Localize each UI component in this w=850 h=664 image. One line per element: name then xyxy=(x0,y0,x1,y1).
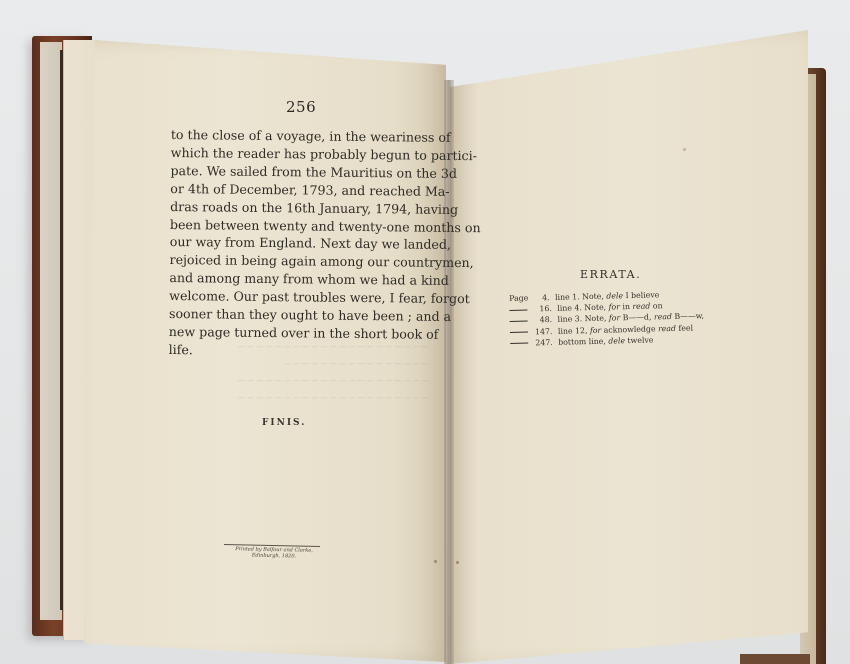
foxing-spot xyxy=(434,560,437,563)
text-line: pate. We sailed from the Mauritius on th… xyxy=(170,162,416,182)
errata-page: 48. xyxy=(532,314,552,326)
page-label: Page xyxy=(509,292,533,304)
errata-instruction: read xyxy=(654,312,672,321)
ditto-dash xyxy=(510,332,528,333)
errata-text: B——w, xyxy=(674,312,704,322)
errata-instruction: read xyxy=(632,302,650,311)
text-line: which the reader has probably begun to p… xyxy=(171,144,417,164)
photo-background: 256 to the close of a voyage, in the wea… xyxy=(0,0,850,664)
errata-instruction: for xyxy=(590,325,602,334)
imprint-line-2: Edinburgh, 1820. xyxy=(252,553,297,560)
errata-location: line 4. Note, xyxy=(557,303,606,313)
errata-text: B——d, xyxy=(623,313,652,323)
text-line: new page turned over in the short book o… xyxy=(169,323,415,343)
errata-text: acknowledge xyxy=(604,324,656,334)
errata-instruction: dele xyxy=(608,336,625,345)
right-cover-bottom-edge xyxy=(740,654,810,664)
errata-list: Page 4. line 1. Note, dele I believe 16.… xyxy=(509,288,705,349)
finis-mark: FINIS. xyxy=(262,418,306,428)
foxing-spot xyxy=(456,561,459,564)
errata-instruction: for xyxy=(609,314,621,323)
ditto-dash xyxy=(509,309,527,310)
errata-page: 247. xyxy=(533,337,553,349)
errata-text: in xyxy=(622,302,630,311)
errata-text: I believe xyxy=(625,290,659,300)
errata-location: line 12, xyxy=(558,326,588,336)
errata-page: 4. xyxy=(535,292,549,304)
foxing-spot xyxy=(683,148,686,151)
page-number: 256 xyxy=(286,98,316,116)
right-page xyxy=(450,30,808,664)
text-line: dras roads on the 16th January, 1794, ha… xyxy=(170,198,416,218)
body-text: to the close of a voyage, in the wearine… xyxy=(169,126,417,361)
errata-page: 16. xyxy=(532,303,552,315)
text-line: life. xyxy=(169,341,415,361)
errata-text: on xyxy=(653,301,663,310)
ditto-dash xyxy=(510,343,528,344)
errata-location: line 3. Note, xyxy=(558,314,607,324)
text-line: or 4th of December, 1793, and reached Ma… xyxy=(170,180,416,200)
printer-imprint: Printed by Balfour and Clarke, Edinburgh… xyxy=(226,546,322,560)
left-cover-board-edge xyxy=(40,42,62,620)
errata-instruction: dele xyxy=(606,291,623,300)
errata-text: feel xyxy=(678,323,693,332)
errata-instruction: for xyxy=(608,302,620,311)
errata-page: 147. xyxy=(532,326,552,338)
errata-text: twelve xyxy=(627,335,653,345)
ditto-dash xyxy=(510,320,528,321)
errata-instruction: read xyxy=(658,324,676,333)
errata-title: ERRATA. xyxy=(580,268,641,281)
errata-location: bottom line, xyxy=(558,336,606,346)
errata-location: line 1. Note, xyxy=(555,292,604,302)
